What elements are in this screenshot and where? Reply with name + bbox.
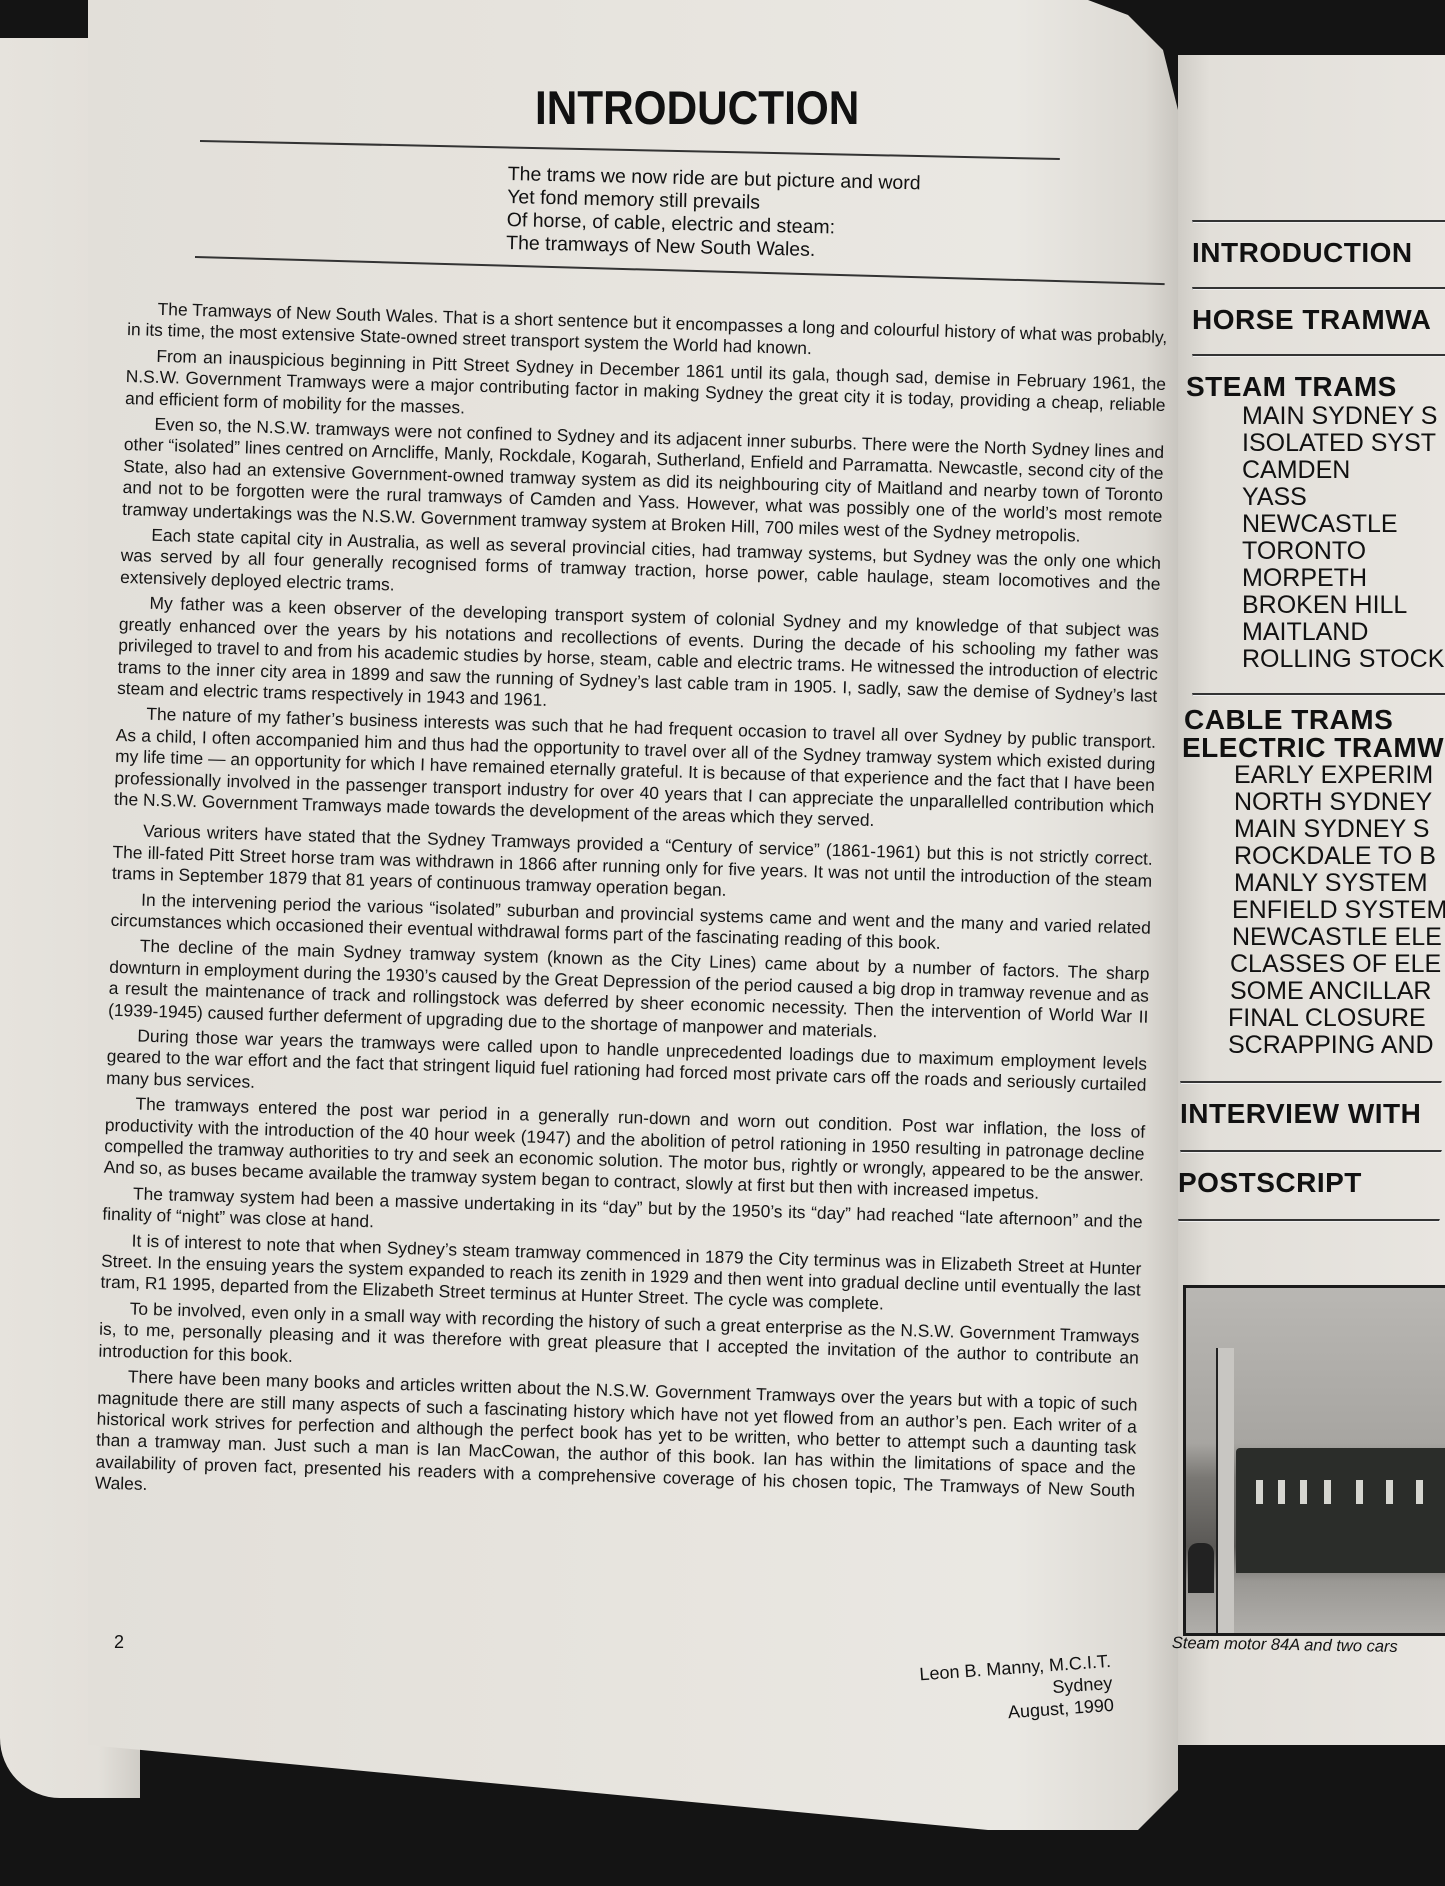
- contents-rule: [1192, 220, 1445, 223]
- contents-subitem: NORTH SYDNEY: [1192, 789, 1445, 816]
- tram-photograph: [1183, 1285, 1445, 1636]
- contents-subitem: ROLLING STOCK: [1192, 646, 1445, 673]
- contents-subitem: YASS: [1192, 484, 1445, 511]
- paragraph: There have been many books and articles …: [95, 1366, 1138, 1523]
- contents-subitem: NEWCASTLE: [1192, 511, 1445, 538]
- contents-rule: [1192, 287, 1445, 290]
- contents-rule: [1192, 354, 1445, 357]
- contents-item: CABLE TRAMS: [1184, 706, 1445, 734]
- contents-subitem: SOME ANCILLAR: [1192, 978, 1445, 1005]
- contents-subitem: ISOLATED SYST: [1192, 430, 1445, 457]
- contents-rule: [1178, 1219, 1440, 1222]
- contents-subitem: FINAL CLOSURE: [1192, 1005, 1445, 1032]
- contents-rule: [1180, 1150, 1442, 1153]
- epigraph: The trams we now ride are but picture an…: [506, 163, 988, 266]
- steam-tram-car: [1236, 1448, 1445, 1573]
- contents-rule: [1192, 693, 1445, 696]
- contents-item: ELECTRIC TRAMW: [1182, 734, 1445, 762]
- contents-subitem: ROCKDALE TO B: [1192, 843, 1445, 870]
- page-number: 2: [114, 1632, 124, 1653]
- contents-subitem: MAIN SYDNEY S: [1192, 403, 1445, 430]
- contents-rule: [1180, 1081, 1442, 1084]
- contents-item: INTRODUCTION: [1192, 237, 1445, 269]
- contents-subitem: MAIN SYDNEY S: [1192, 816, 1445, 843]
- contents-subitem: TORONTO: [1192, 538, 1445, 565]
- contents-item: INTERVIEW WITH: [1180, 1098, 1445, 1130]
- telegraph-pole: [1216, 1348, 1234, 1633]
- contents-subitem: CLASSES OF ELE: [1192, 951, 1445, 978]
- contents-subitem: EARLY EXPERIM: [1192, 762, 1445, 789]
- contents-item: STEAM TRAMS: [1186, 371, 1445, 403]
- contents-subitem: SCRAPPING AND: [1192, 1032, 1445, 1059]
- person-silhouette: [1188, 1543, 1214, 1593]
- introduction-body: The Tramways of New South Wales. That is…: [94, 298, 1167, 1527]
- contents-subitem: MANLY SYSTEM: [1192, 870, 1445, 897]
- page-title: INTRODUCTION: [535, 80, 859, 135]
- contents-list: INTRODUCTION HORSE TRAMWA STEAM TRAMS MA…: [1192, 220, 1445, 1222]
- contents-subitem: ENFIELD SYSTEM: [1192, 897, 1445, 924]
- contents-subitem: MAITLAND: [1192, 619, 1445, 646]
- contents-subitem: MORPETH: [1192, 565, 1445, 592]
- contents-subitem: NEWCASTLE ELE: [1192, 924, 1445, 951]
- contents-subitem: BROKEN HILL: [1192, 592, 1445, 619]
- contents-subitem: CAMDEN: [1192, 457, 1445, 484]
- contents-item: HORSE TRAMWA: [1192, 304, 1445, 336]
- contents-item: POSTSCRIPT: [1178, 1167, 1445, 1199]
